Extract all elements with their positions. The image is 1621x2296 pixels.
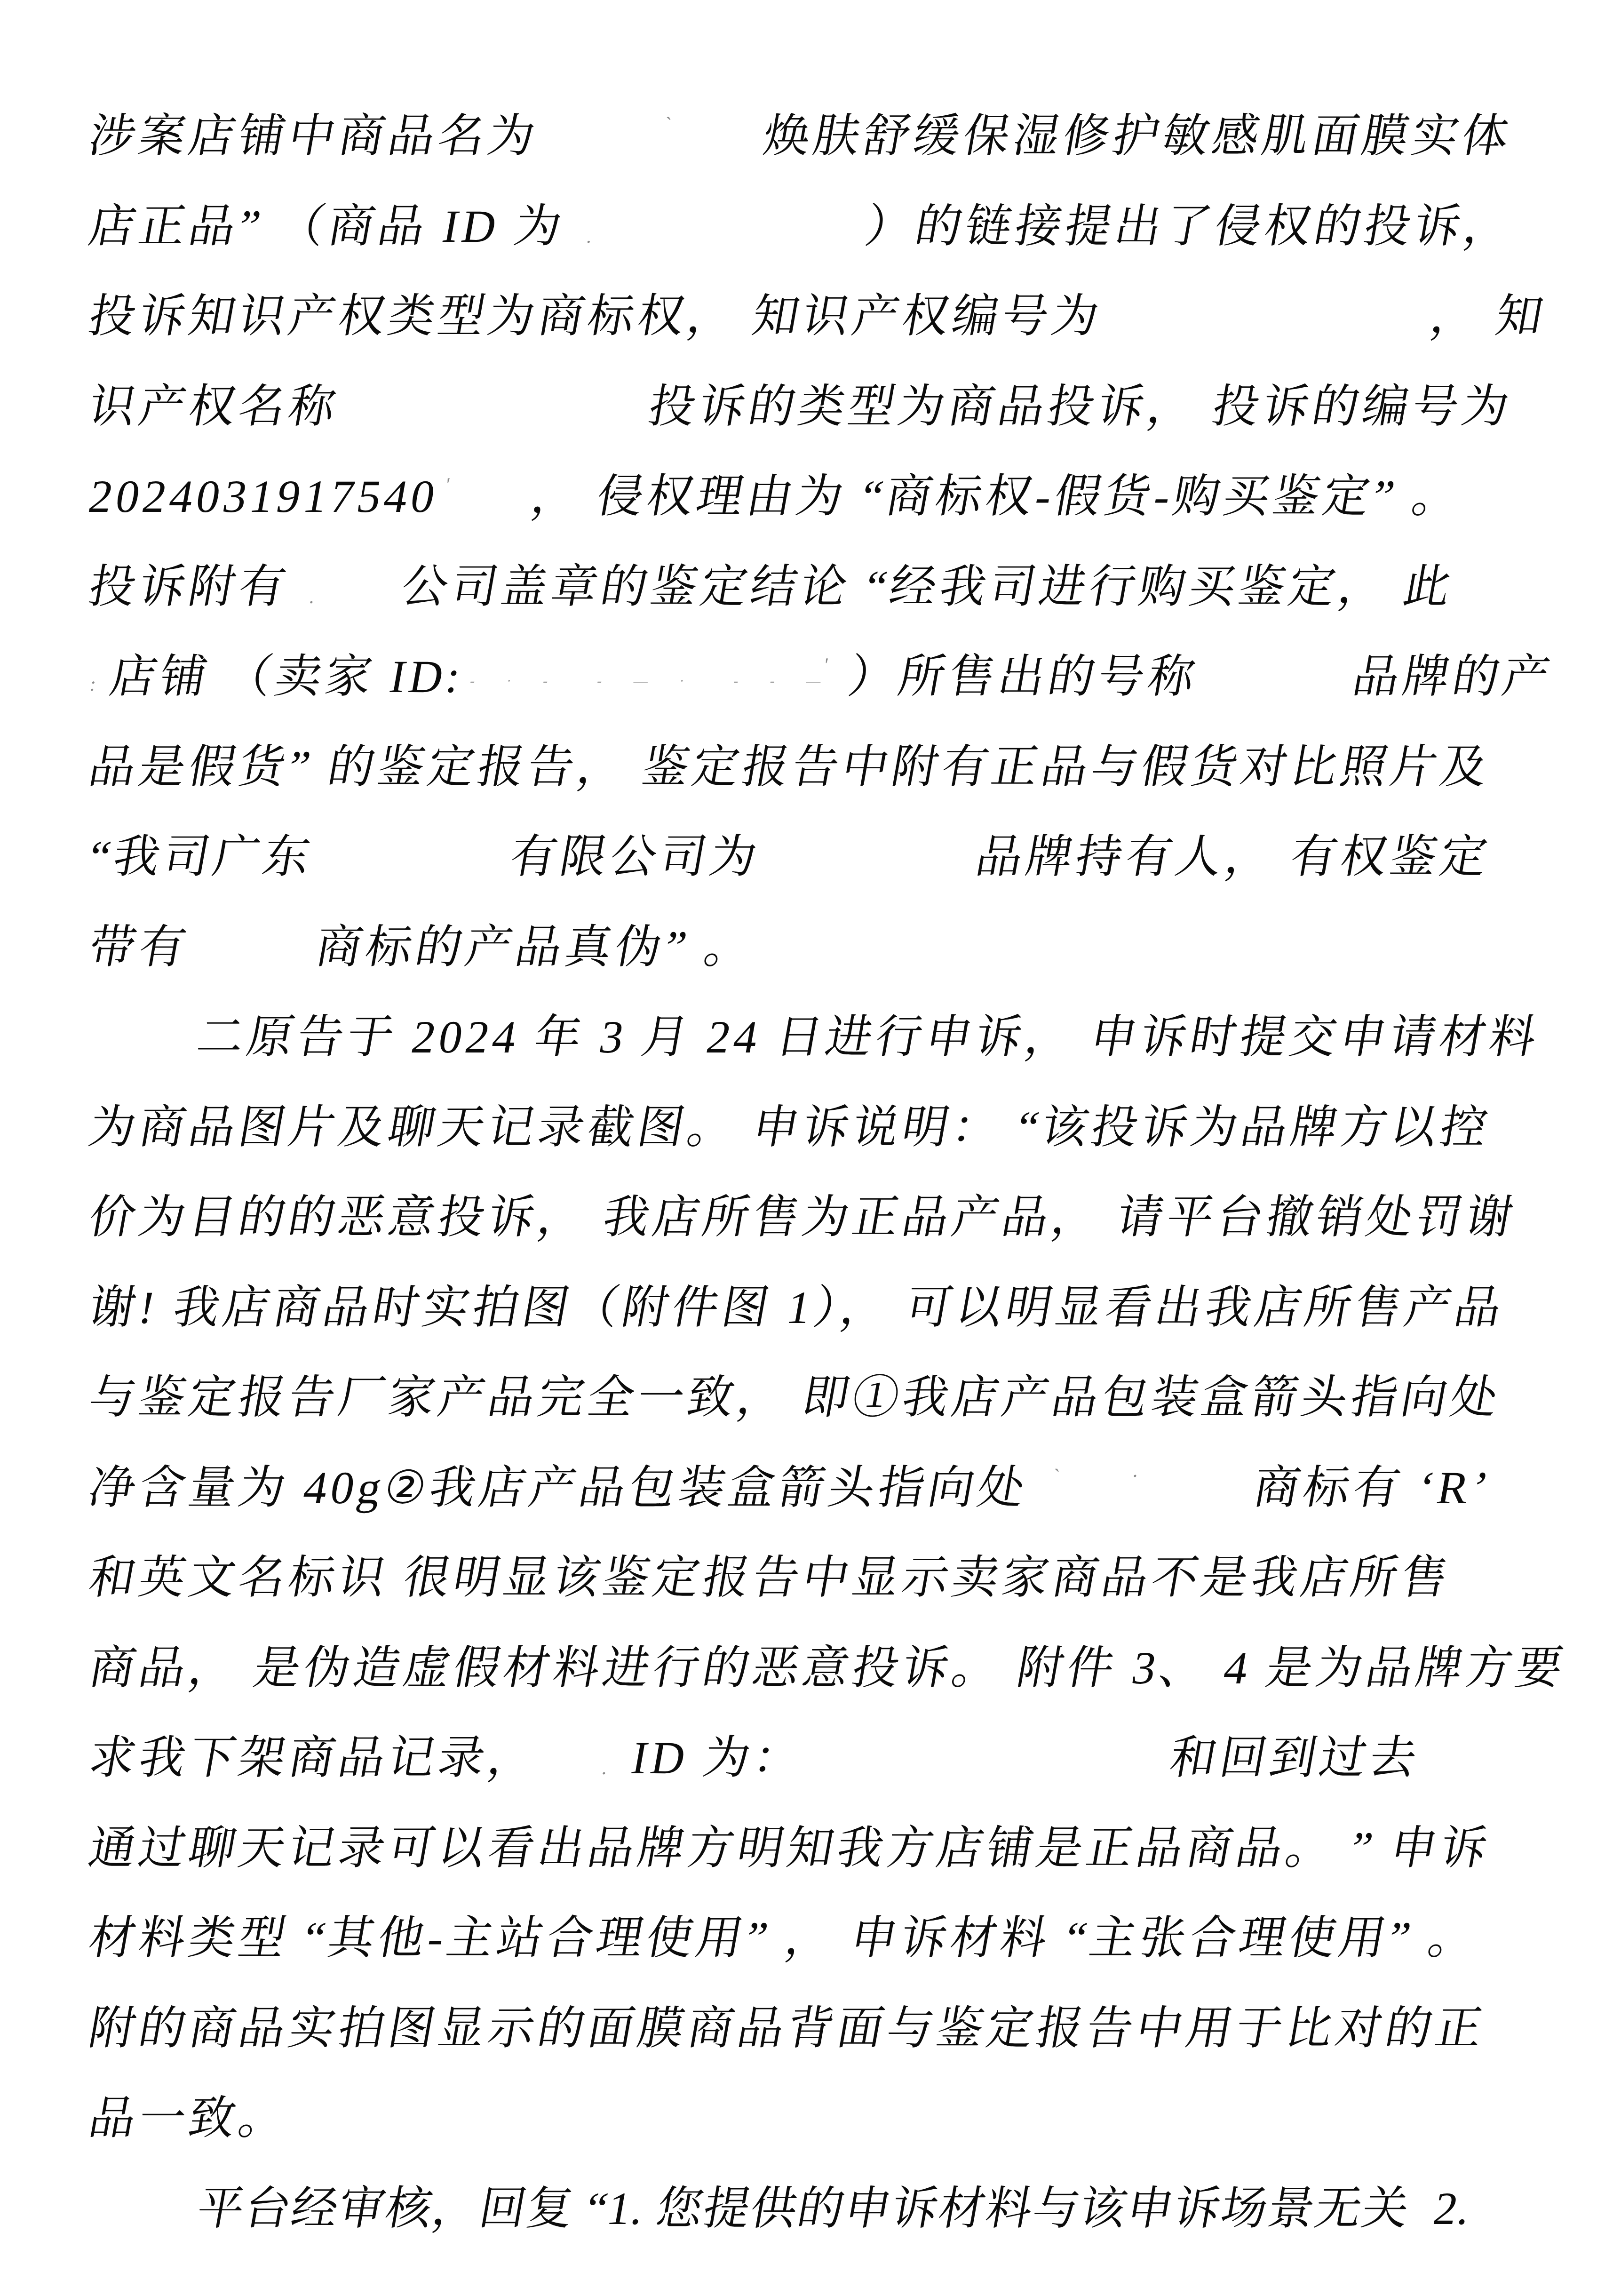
text-segment: 投诉附有: [85, 562, 294, 613]
text-line: 通过聊天记录可以看出品牌方明知我方店铺是正品商品。 ” 申诉: [81, 1804, 1621, 1894]
text-segment: 商品， 是伪造虚假材料进行的恶意投诉。 附件 3、 4 是为品牌方要: [85, 1643, 1571, 1694]
text-line: 二原告于 2024 年 3 月 24 日进行申诉， 申诉时提交申请材料: [81, 993, 1621, 1083]
text-line: 品一致。: [81, 2074, 1621, 2164]
redaction-gap: - · - - — · - - —': [460, 652, 853, 698]
scan-artifact: ·: [1130, 1466, 1140, 1486]
redaction-gap: `·: [1025, 1462, 1258, 1508]
scan-artifact: .: [601, 1758, 609, 1778]
text-segment: 和英文名标识 很明显该鉴定报告中显示卖家商品不是我店所售: [85, 1553, 1456, 1603]
text-line: 商品， 是伪造虚假材料进行的恶意投诉。 附件 3、 4 是为品牌方要: [81, 1624, 1621, 1714]
redaction-gap: [800, 1733, 1175, 1779]
redaction-gap: [185, 922, 320, 968]
text-segment: 投诉的类型为商品投诉， 投诉的编号为: [645, 382, 1517, 432]
text-line: 投诉知识产权类型为商标权， 知识产权编号为， 知: [81, 272, 1621, 362]
text-line: 带有商标的产品真伪” 。: [81, 903, 1621, 993]
text-segment: ）的链接提出了侵权的投诉，: [861, 201, 1518, 252]
text-segment: 平台经审核，回复 “1. 您提供的申诉材料与该申诉场景无关 2.: [193, 2184, 1476, 2234]
text-line: 2024031917540'， 侵权理由为 “商标权-假货-购买鉴定” 。: [81, 452, 1621, 542]
text-line: 店正品” （商品 ID 为.）的链接提出了侵权的投诉，: [81, 182, 1621, 272]
text-segment: 品是假货” 的鉴定报告， 鉴定报告中附有正品与假货对比照片及: [85, 742, 1495, 793]
text-segment: 店铺 （卖家 ID:: [106, 652, 468, 702]
text-line: 品是假货” 的鉴定报告， 鉴定报告中附有正品与假货对比照片及: [81, 723, 1621, 813]
text-segment: 材料类型 “其他-主站合理使用” ， 申诉材料 “主张合理使用” 。: [85, 1913, 1483, 1964]
text-segment: 商标的产品真伪” 。: [312, 922, 759, 973]
text-segment: 附的商品实拍图显示的面膜商品背面与鉴定报告中用于比对的正: [85, 2003, 1490, 2054]
scan-artifact: ': [444, 475, 451, 495]
text-segment: 通过聊天记录可以看出品牌方明知我方店铺是正品商品。 ” 申诉: [85, 1823, 1495, 1874]
scan-artifact: :: [88, 675, 97, 694]
text-segment: 与鉴定报告厂家产品完全一致， 即①我店产品包装盒箭头指向处: [85, 1372, 1506, 1423]
text-line: :店铺 （卖家 ID:- · - - — · - - —'）所售出的号称品牌的产: [81, 632, 1621, 723]
redaction-gap: [1194, 652, 1358, 698]
text-segment: 品一致。: [85, 2093, 294, 2144]
text-segment: 商标有 ‘R’: [1249, 1463, 1496, 1514]
text-segment: 投诉知识产权类型为商标权， 知识产权编号为: [85, 291, 1107, 342]
text-line: 材料类型 “其他-主站合理使用” ， 申诉材料 “主张合理使用” 。: [81, 1894, 1621, 1984]
text-line: 和英文名标识 很明显该鉴定报告中显示卖家商品不是我店所售: [81, 1533, 1621, 1624]
text-line: 为商品图片及聊天记录截图。 申诉说明： “该投诉为品牌方以控: [81, 1083, 1621, 1173]
text-segment: 识产权名称: [85, 382, 343, 432]
text-segment: 求我下架商品记录，: [85, 1733, 543, 1784]
redaction-remnant: - · - - — · - - —: [469, 674, 836, 688]
redaction-gap: [335, 381, 653, 427]
text-segment: 2024031917540: [85, 471, 443, 522]
redaction-gap: .: [285, 561, 406, 607]
scanned-document-page: 涉案店铺中商品名为`焕肤舒缓保湿修护敏感肌面膜实体店正品” （商品 ID 为.）…: [0, 0, 1621, 2254]
text-line: 附的商品实拍图显示的面膜商品背面与鉴定报告中用于比对的正: [81, 1984, 1621, 2074]
scan-artifact: .: [585, 226, 594, 246]
text-segment: 和回到过去: [1166, 1733, 1424, 1784]
scan-artifact: ': [822, 655, 829, 675]
text-line: 谢! 我店商品时实拍图（附件图 1）， 可以明显看出我店所售产品: [81, 1263, 1621, 1354]
text-line: 平台经审核，回复 “1. 您提供的申诉材料与该申诉场景无关 2.: [81, 2164, 1621, 2255]
text-segment: 有限公司为: [506, 832, 764, 883]
text-segment: ）所售出的号称: [844, 652, 1202, 702]
text-segment: ， 知: [1427, 291, 1551, 342]
text-segment: 价为目的的恶意投诉， 我店所售为正品产品， 请平台撤销处罚谢: [85, 1192, 1521, 1243]
redaction-gap: `: [534, 111, 768, 157]
text-line: 与鉴定报告厂家产品完全一致， 即①我店产品包装盒箭头指向处: [81, 1353, 1621, 1443]
text-line: “我司广东有限公司为品牌持有人， 有权鉴定: [81, 813, 1621, 903]
text-line: 投诉附有.公司盖章的鉴定结论 “经我司进行购买鉴定， 此: [81, 542, 1621, 633]
text-segment: 焕肤舒缓保湿修护敏感肌面膜实体: [760, 111, 1517, 162]
text-segment: 店正品” （商品 ID 为: [85, 201, 569, 252]
text-segment: ， 侵权理由为 “商标权-假货-购买鉴定” 。: [528, 471, 1467, 522]
redaction-gap: .: [561, 201, 870, 247]
text-segment: 为商品图片及聊天记录截图。 申诉说明： “该投诉为品牌方以控: [85, 1102, 1495, 1153]
redaction-gap: [1098, 291, 1436, 337]
scan-artifact: `: [663, 115, 673, 135]
text-segment: 谢! 我店商品时实拍图（附件图 1）， 可以明显看出我店所售产品: [85, 1283, 1509, 1333]
text-segment: “我司广东: [85, 832, 318, 883]
text-segment: 涉案店铺中商品名为: [85, 111, 543, 162]
text-segment: 品牌的产: [1349, 652, 1557, 702]
text-line: 识产权名称投诉的类型为商品投诉， 投诉的编号为: [81, 362, 1621, 453]
text-segment: 二原告于 2024 年 3 月 24 日进行申诉， 申诉时提交申请材料: [193, 1012, 1544, 1063]
scan-artifact: .: [308, 587, 317, 606]
text-segment: ID 为：: [628, 1733, 808, 1784]
text-line: 涉案店铺中商品名为`焕肤舒缓保湿修护敏感肌面膜实体: [81, 92, 1621, 182]
text-line: 求我下架商品记录，.ID 为：和回到过去: [81, 1714, 1621, 1804]
text-segment: 公司盖章的鉴定结论 “经我司进行购买鉴定， 此: [397, 562, 1459, 613]
scan-artifact: `: [1051, 1466, 1061, 1486]
redaction-gap: [310, 832, 515, 878]
text-line: 价为目的的恶意投诉， 我店所售为正品产品， 请平台撤销处罚谢: [81, 1173, 1621, 1263]
redaction-gap: ': [434, 471, 536, 518]
redaction-gap: [756, 832, 981, 878]
redaction-gap: .: [534, 1733, 636, 1779]
text-segment: 品牌持有人， 有权鉴定: [972, 832, 1495, 883]
text-line: 净含量为 40g②我店产品包装盒箭头指向处`·商标有 ‘R’: [81, 1443, 1621, 1534]
text-segment: 净含量为 40g②我店产品包装盒箭头指向处: [85, 1463, 1033, 1514]
text-segment: 带有: [85, 922, 194, 973]
